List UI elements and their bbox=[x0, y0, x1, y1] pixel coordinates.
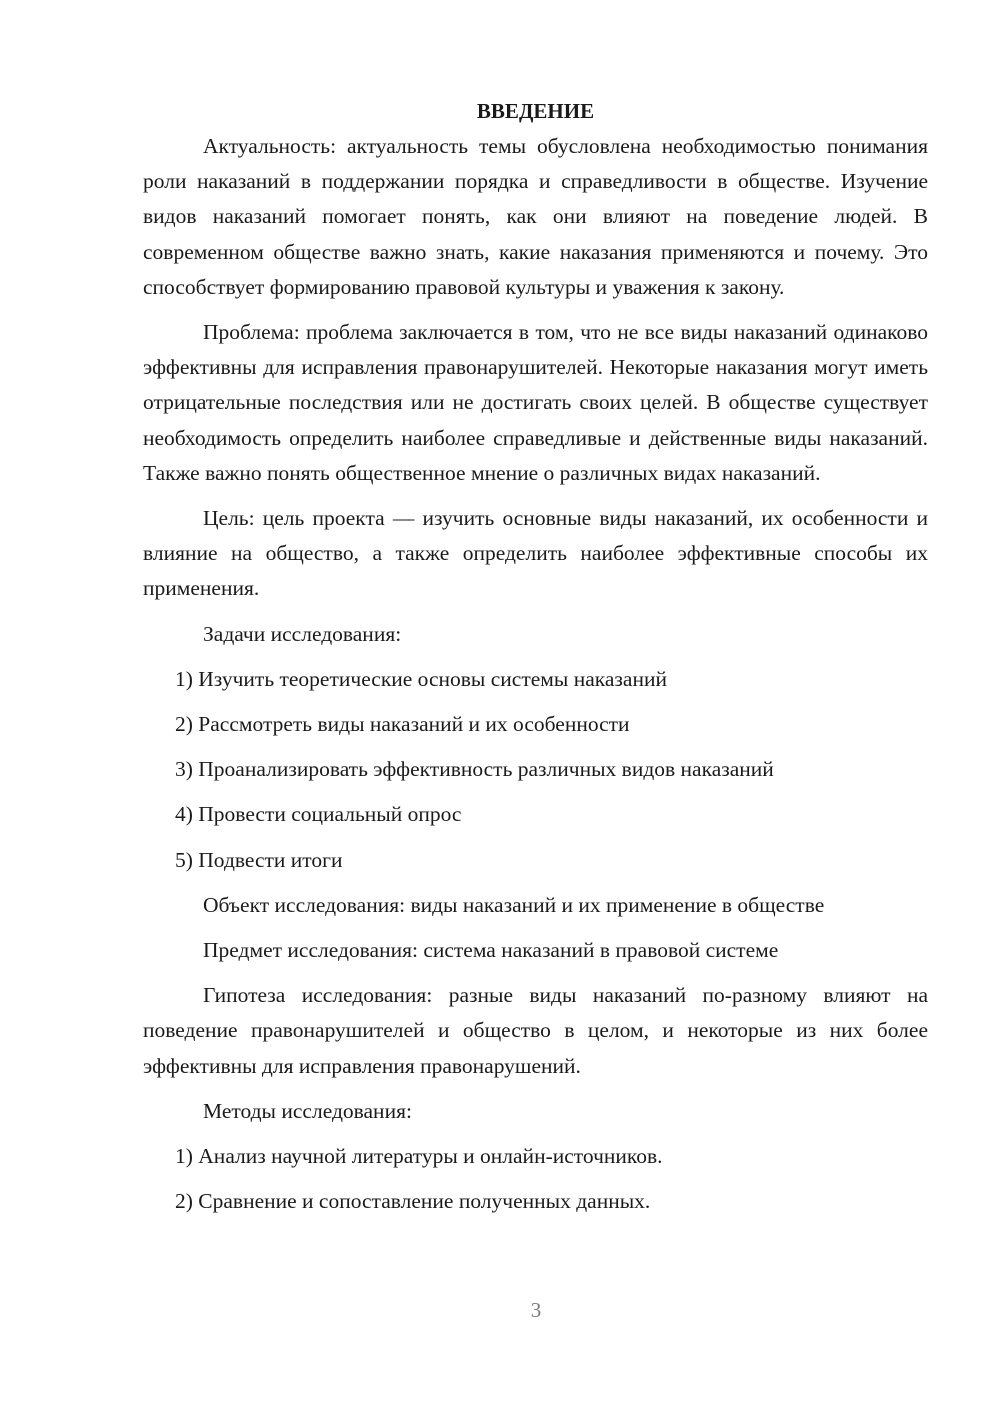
section-title: ВВЕДЕНИЕ bbox=[143, 94, 928, 129]
goal-paragraph: Цель: цель проекта — изучить основные ви… bbox=[143, 501, 928, 607]
task-item: 2) Рассмотреть виды наказаний и их особе… bbox=[143, 707, 928, 742]
method-item: 2) Сравнение и сопоставление полученных … bbox=[143, 1184, 928, 1219]
methods-list: 1) Анализ научной литературы и онлайн-ис… bbox=[143, 1139, 928, 1219]
document-page: ВВЕДЕНИЕ Актуальность: актуальность темы… bbox=[143, 94, 928, 1229]
problem-paragraph: Проблема: проблема заключается в том, чт… bbox=[143, 315, 928, 491]
object-paragraph: Объект исследования: виды наказаний и их… bbox=[143, 888, 928, 923]
methods-heading: Методы исследования: bbox=[143, 1094, 928, 1129]
relevance-paragraph: Актуальность: актуальность темы обусловл… bbox=[143, 129, 928, 305]
task-item: 3) Проанализировать эффективность различ… bbox=[143, 752, 928, 787]
tasks-list: 1) Изучить теоретические основы системы … bbox=[143, 662, 928, 878]
hypothesis-paragraph: Гипотеза исследования: разные виды наказ… bbox=[143, 978, 928, 1084]
method-item: 1) Анализ научной литературы и онлайн-ис… bbox=[143, 1139, 928, 1174]
task-item: 4) Провести социальный опрос bbox=[143, 797, 928, 832]
subject-paragraph: Предмет исследования: система наказаний … bbox=[143, 933, 928, 968]
task-item: 5) Подвести итоги bbox=[143, 843, 928, 878]
tasks-heading: Задачи исследования: bbox=[143, 617, 928, 652]
task-item: 1) Изучить теоретические основы системы … bbox=[143, 662, 928, 697]
page-number: 3 bbox=[0, 1298, 1000, 1323]
